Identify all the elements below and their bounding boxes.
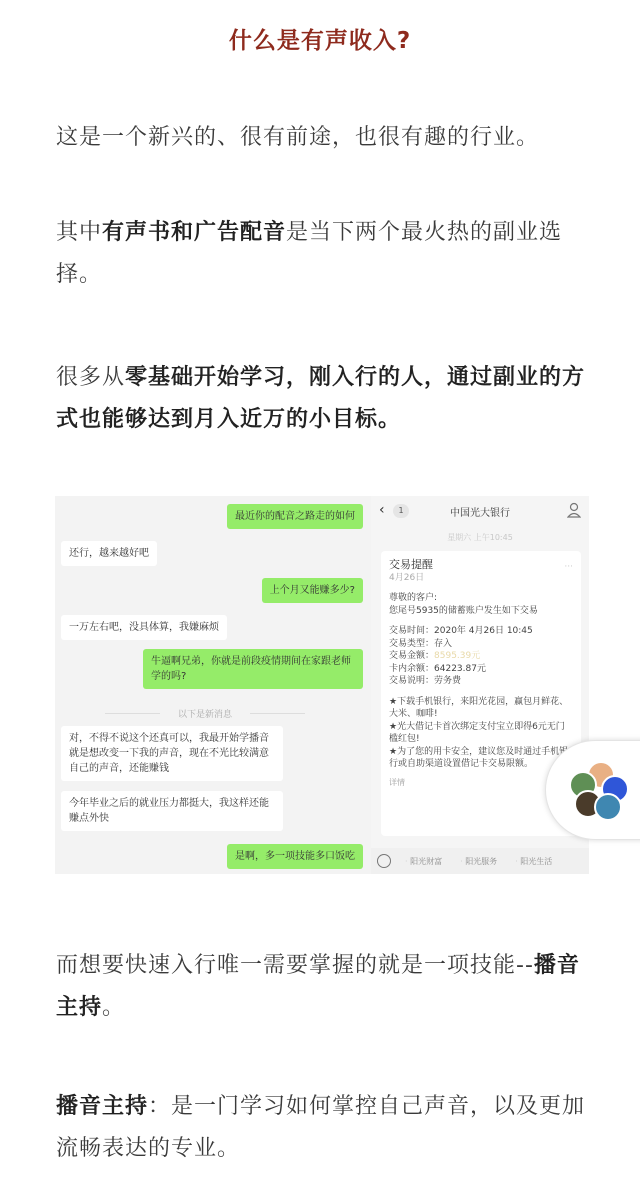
paragraph-income: 很多从零基础开始学习，刚入行的人，通过副业的方式也能够达到月入近万的小目标。 [56, 357, 596, 441]
article-title: 什么是有声收入? [0, 22, 640, 55]
chat-bubble-sent: 是啊，多一项技能多口饭吃 [227, 844, 363, 869]
row-value: 劳务费 [434, 676, 461, 686]
highlight-text: 零基础开始学习，刚入行的人，通过副业的方式也能够达到月入近万的小目标。 [56, 365, 585, 432]
keyboard-icon [377, 854, 391, 868]
menu-item: 阳光财富 [405, 856, 442, 867]
row-label: 交易类型： [389, 639, 434, 649]
chat-bubble-received: 一万左右吧，没具体算，我嫌麻烦 [61, 615, 227, 640]
chat-bubble-received: 今年毕业之后的就业压力都挺大，我这样还能赚点外快 [61, 791, 283, 831]
transaction-row: 交易类型：存入 [389, 638, 573, 651]
user-icon [567, 502, 581, 518]
row-value: 2020年 4月26日 10:45 [434, 626, 533, 636]
row-label: 交易时间： [389, 626, 434, 636]
card-title: 交易提醒 [389, 559, 573, 572]
promo-line: ★光大借记卡首次绑定支付宝立即得6元无门槛红包! [389, 721, 573, 746]
highlight-text: 有声书和广告配音 [102, 220, 286, 245]
highlight-text: 播音主持 [56, 1094, 148, 1119]
proof-screenshot-image: 最近你的配音之路走的如何 还行，越来越好吧 上个月又能赚多少? 一万左右吧，没具… [55, 496, 589, 874]
bank-name: 中国光大银行 [371, 504, 589, 519]
row-label: 卡内余额： [389, 664, 434, 674]
transaction-row: 交易时间：2020年 4月26日 10:45 [389, 625, 573, 638]
greeting: 尊敬的客户: [389, 592, 573, 605]
transaction-row: 交易金额：8595.39元 [389, 650, 573, 663]
paragraph-text: 很多从 [56, 365, 125, 390]
promo-line: ★下载手机银行，来阳光花园，赢包月鲜花、大米、咖啡! [389, 696, 573, 721]
paragraph-text: 而想要快速入行唯一需要掌握的就是一项技能-- [56, 953, 534, 978]
row-label: 交易金额： [389, 651, 434, 661]
flower-logo-icon [566, 759, 630, 823]
more-icon: ··· [564, 561, 573, 574]
paragraph-text: 其中 [56, 220, 102, 245]
chat-bubble-received: 还行，越来越好吧 [61, 541, 157, 566]
bank-header: ‹ 1 中国光大银行 [371, 496, 589, 526]
message-time: 星期六 上午10:45 [371, 532, 589, 543]
intro: 您尾号5935的储蓄账户发生如下交易 [389, 605, 573, 618]
transaction-row: 交易说明：劳务费 [389, 675, 573, 688]
row-value: 存入 [434, 639, 452, 649]
system-message: 以下是新消息 [105, 707, 305, 720]
row-value: 8595.39元 [434, 651, 480, 661]
paragraph-intro: 这是一个新兴的、很有前途，也很有趣的行业。 [56, 117, 596, 159]
bank-footer-menu: 阳光财富 阳光服务 阳光生活 [371, 848, 589, 874]
promo-line: ★为了您的用卡安全，建议您及时通过手机银行或自助渠道设置借记卡交易限额。 [389, 746, 573, 771]
paragraph-skill: 而想要快速入行唯一需要掌握的就是一项技能--播音主持。 [56, 945, 596, 1029]
chat-bubble-received: 对，不得不说这个还真可以，我最开始学播音就是想改变一下我的声音，现在不光比较满意… [61, 726, 283, 781]
chat-bubble-sent: 上个月又能赚多少? [262, 578, 363, 603]
row-value: 64223.87元 [434, 664, 486, 674]
card-date: 4月26日 [389, 572, 573, 585]
paragraph-text: 。 [102, 995, 125, 1020]
row-label: 交易说明： [389, 676, 434, 686]
paragraph-definition: 播音主持：是一门学习如何掌控自己声音，以及更加流畅表达的专业。 [56, 1086, 596, 1170]
menu-item: 阳光服务 [460, 856, 497, 867]
menu-item: 阳光生活 [515, 856, 552, 867]
floating-app-button[interactable] [545, 740, 640, 840]
chat-bubble-sent: 牛逼啊兄弟，你就是前段疫情期间在家跟老师学的吗? [143, 649, 363, 689]
chat-screenshot: 最近你的配音之路走的如何 还行，越来越好吧 上个月又能赚多少? 一万左右吧，没具… [55, 496, 371, 874]
paragraph-side-jobs: 其中有声书和广告配音是当下两个最火热的副业选择。 [56, 212, 596, 296]
chat-bubble-sent: 最近你的配音之路走的如何 [227, 504, 363, 529]
paragraph-text: 这是一个新兴的、很有前途，也很有趣的行业。 [56, 125, 539, 150]
transaction-row: 卡内余额：64223.87元 [389, 663, 573, 676]
